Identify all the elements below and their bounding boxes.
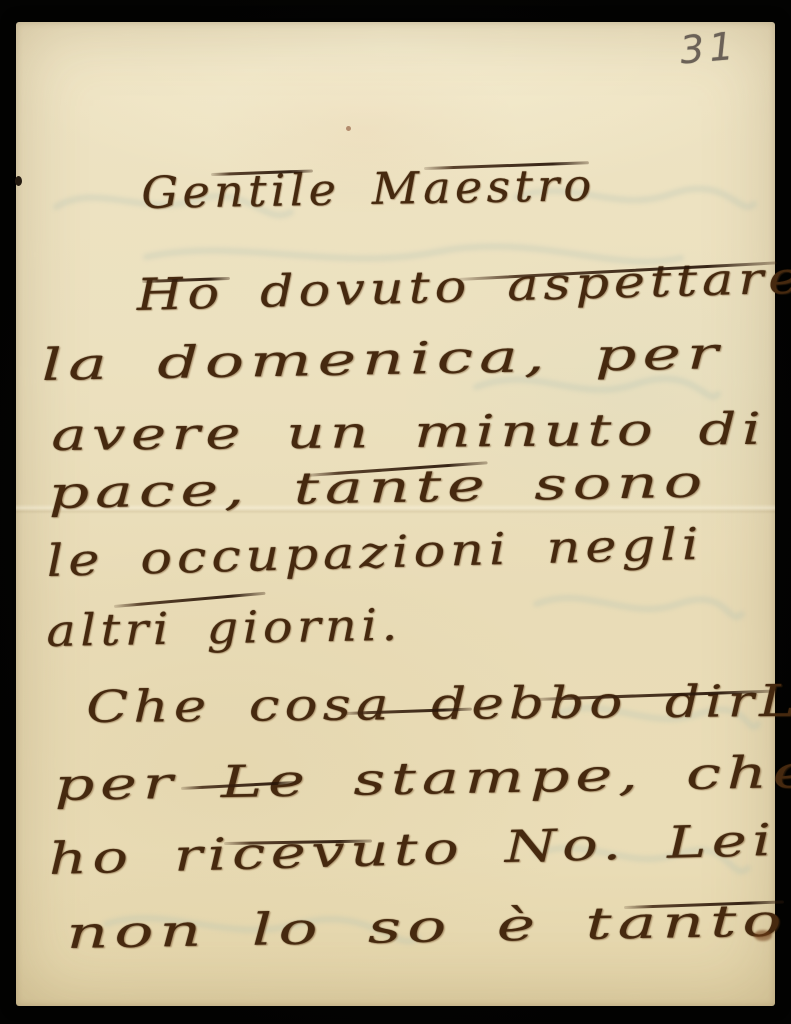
ink-speck — [346, 126, 351, 131]
letter-line: la domenica, per — [41, 332, 724, 388]
ink-smudge — [754, 930, 772, 941]
letter-line: non lo so è tanto — [66, 899, 788, 956]
letter-line: Che cosa debbo dirLe — [86, 679, 791, 730]
letter-page: 31 Gentile Maestro Ho dovuto aspettare l… — [16, 22, 775, 1006]
letter-line: per Le stampe, che — [54, 751, 791, 808]
letter-line-salutation: Gentile Maestro — [141, 164, 596, 216]
letter-line: altri giorni. — [46, 604, 402, 654]
paper-nick — [15, 176, 22, 186]
letter-line: avere un minuto di — [51, 408, 766, 458]
photo-backdrop: 31 Gentile Maestro Ho dovuto aspettare l… — [0, 0, 791, 1024]
page-number: 31 — [678, 24, 740, 73]
